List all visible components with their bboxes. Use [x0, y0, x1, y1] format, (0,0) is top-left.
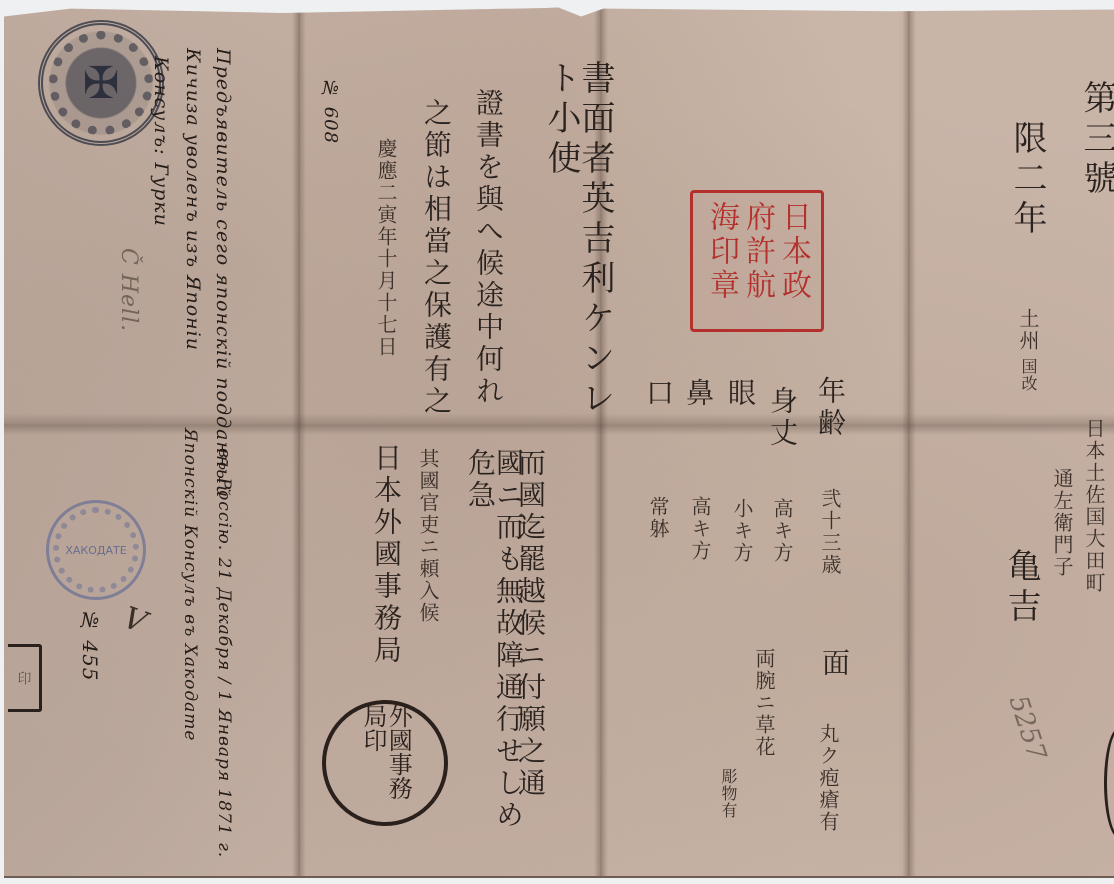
label-eyes: 眼	[726, 378, 754, 410]
province-note: 国改	[1020, 358, 1036, 392]
russian-eagle-seal: ✠	[38, 20, 164, 146]
japanese-government-red-seal: 日本政府許航海印章	[690, 190, 824, 332]
fold-line-vertical	[292, 8, 306, 876]
russian-note-number: № 455	[78, 608, 102, 682]
seal-characters: 外國事務局印	[360, 704, 410, 822]
value-height: 高キ方	[772, 498, 792, 564]
label-face: 面	[820, 648, 848, 680]
russian-line-2: Кичиза уволенъ изъ Японіи	[182, 48, 204, 351]
partial-square-seal: 印	[8, 644, 42, 712]
main-text-line-2b: 國ニ而も無故障通行せしめ危急	[466, 448, 522, 848]
address-line-1: 日本土佐国大田町	[1084, 418, 1104, 594]
stamp-ring	[53, 507, 139, 593]
value-mouth: 常躰	[648, 496, 668, 540]
main-text-line-1: 書面者英吉利ケンレト小使	[544, 60, 612, 440]
passport-document: ✠ Предъявитель сего японскій подданный К…	[4, 6, 1114, 878]
red-seal-characters: 日本政府許航海印章	[703, 201, 811, 321]
issue-date: 慶應二寅年十月十七日	[376, 138, 396, 408]
file-number: № 608	[320, 78, 341, 144]
russian-line-1: Предъявитель сего японскій подданный	[212, 48, 234, 498]
address-line-2: 通左衛門子	[1052, 468, 1072, 578]
holder-name: 亀吉	[1004, 548, 1038, 628]
value-eyes: 小キ方	[732, 498, 752, 564]
value-arms-note: 彫物有	[720, 768, 736, 819]
label-nose: 鼻	[684, 378, 712, 410]
panel-physical-description	[599, 8, 899, 876]
russian-line-3: въ Россію. 21 Декабря / 1 Января 1871 г.	[214, 448, 234, 858]
main-text-line-2: 證書を與へ候途中何れ	[474, 88, 502, 408]
label-height: 身丈	[768, 386, 796, 450]
russian-line-5: Консулъ: Гурки	[150, 56, 172, 227]
value-nose: 高キ方	[690, 496, 710, 562]
russian-signature: Č Hell.	[116, 248, 141, 332]
seal-ring	[49, 31, 153, 135]
label-age: 年齢	[816, 376, 844, 440]
issuing-office: 日本外國事務局	[372, 443, 400, 693]
hakodate-consulate-stamp: ХАКОДАТЕ	[46, 500, 146, 600]
value-face: 丸ク疱瘡有	[818, 723, 838, 833]
main-text-line-3b: 其國官吏ニ頼入候	[418, 448, 438, 708]
russian-line-4: Японскій Консулъ въ Хакодате	[180, 428, 200, 741]
main-text-line-3: 之節は相當之保護有之	[422, 98, 450, 418]
foreign-affairs-office-seal: 外國事務局印	[322, 700, 448, 826]
fold-line-vertical	[902, 8, 916, 876]
province: 土州	[1018, 308, 1038, 352]
label-mouth: 口	[644, 378, 672, 410]
validity-period: 限二年	[1010, 120, 1044, 240]
serial-number: 第三號	[1080, 80, 1114, 200]
value-age: 弐十三歳	[820, 488, 840, 576]
value-arms: 両腕ニ草花	[754, 648, 774, 758]
